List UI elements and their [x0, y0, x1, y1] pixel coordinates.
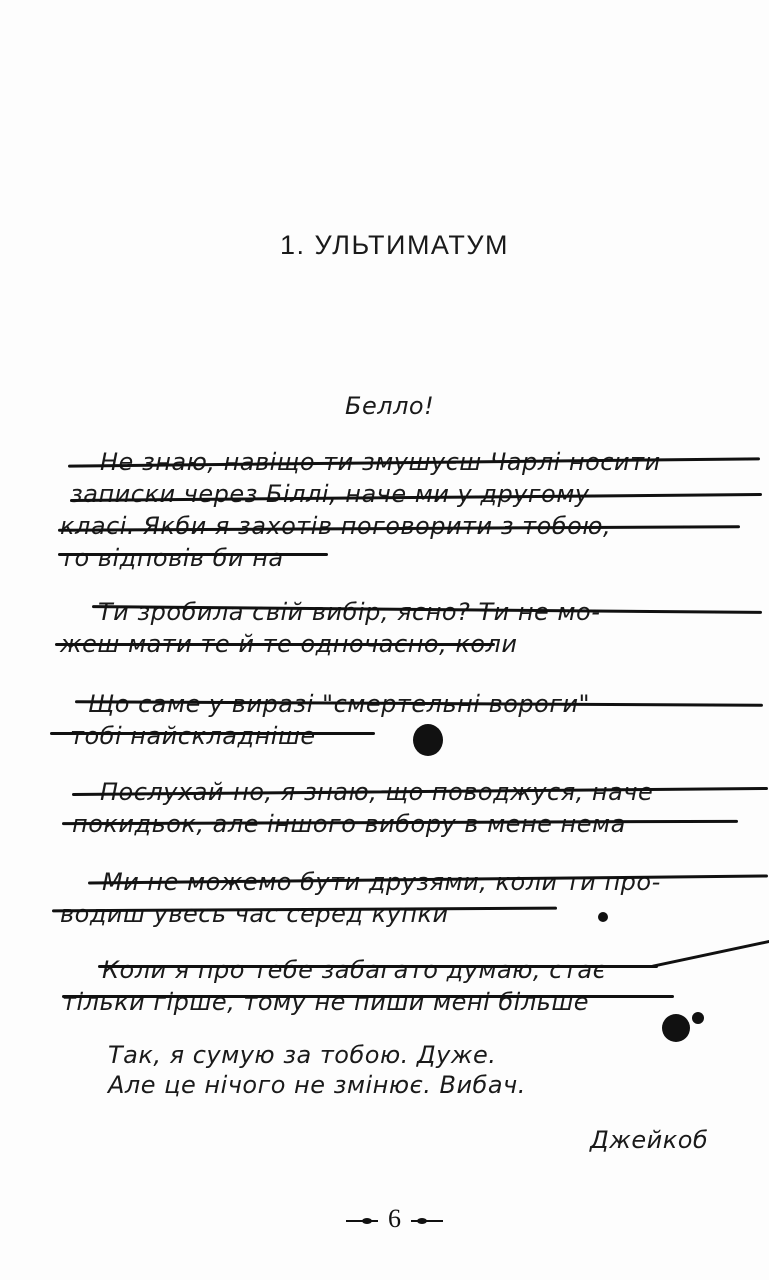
strike-line — [55, 643, 495, 646]
letter-greeting: Белло! — [345, 390, 434, 422]
ink-blot — [413, 724, 443, 756]
closing-line: Але це нічого не змінює. Вибач. — [108, 1070, 526, 1100]
letter-line: Коли я про тебе забагато думаю, стає — [60, 954, 760, 986]
page-number: 6 — [0, 1204, 769, 1234]
ornament-right-icon — [411, 1220, 443, 1222]
letter-line: водиш увесь час серед купки — [60, 898, 760, 930]
letter-signature: Джейкоб — [590, 1124, 708, 1156]
strike-line — [98, 965, 658, 968]
strike-line — [58, 553, 328, 556]
ink-blot — [692, 1012, 704, 1024]
closing-line: Так, я сумую за тобою. Дуже. — [108, 1040, 526, 1070]
strike-line — [50, 732, 375, 735]
ink-blot — [662, 1014, 690, 1042]
crossed-out-paragraph-4: Послухай-но, я знаю, що поводжуся, наче … — [60, 776, 760, 840]
ink-blot — [598, 912, 608, 922]
letter-line: тобі найскладніше — [60, 720, 760, 752]
strike-line — [62, 995, 674, 998]
letter-closing: Так, я сумую за тобою. Дуже. Але це нічо… — [108, 1040, 526, 1100]
chapter-title: 1. УЛЬТИМАТУМ — [0, 230, 769, 261]
ornament-left-icon — [346, 1220, 378, 1222]
book-page: 1. УЛЬТИМАТУМ Белло! Не знаю, навіщо ти … — [0, 0, 769, 1280]
letter-line: то відповів би на — [60, 542, 760, 574]
letter-line: тільки гірше, тому не пиши мені більше — [60, 986, 760, 1018]
crossed-out-paragraph-3: Що саме у виразі "смертельні вороги" тоб… — [60, 688, 760, 752]
